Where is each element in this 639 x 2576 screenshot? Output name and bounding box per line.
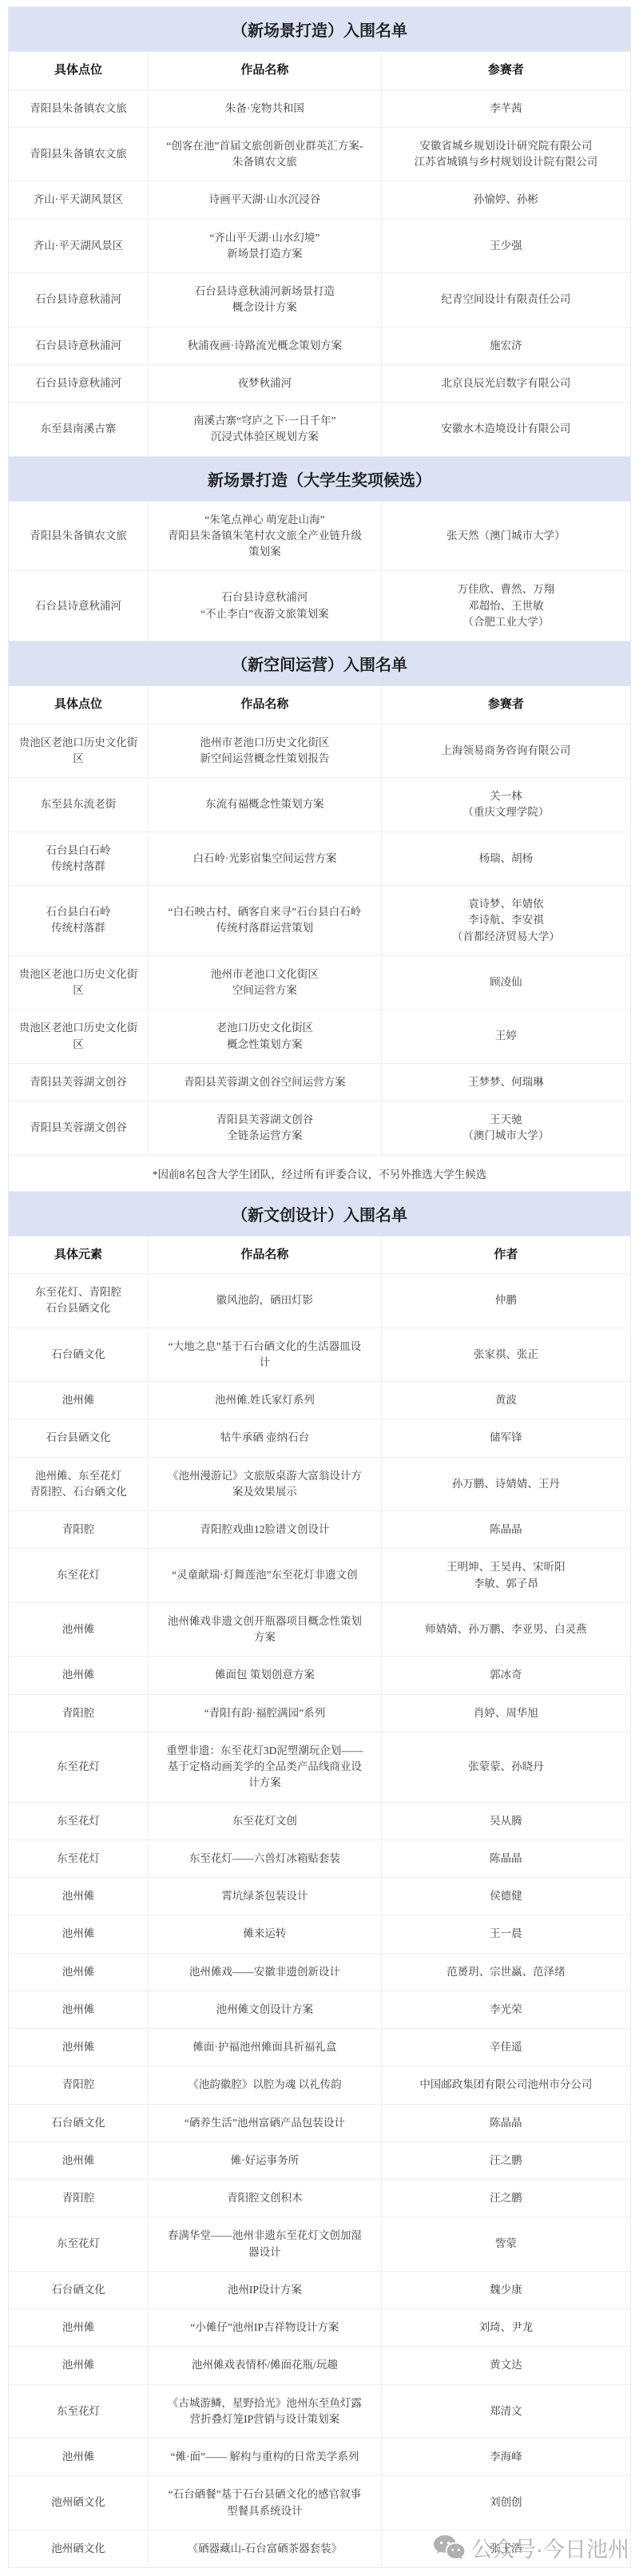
cell-work-title: 霄坑绿茶包装设计 <box>149 1878 382 1915</box>
cell-participant: 肖婷、周华旭 <box>382 1695 630 1732</box>
cell-work-title: 重塑非遗：东至花灯3D泥塑潮玩企划—— 基于定格动画美学的全品类产品线商业设 计… <box>149 1733 382 1802</box>
cell-location: 东至花灯、青阳腔 石台县硒文化 <box>9 1274 149 1328</box>
cell-work-title: 朱备·宠物共和国 <box>149 90 382 127</box>
cell-participant: 李芊茜 <box>382 90 630 127</box>
cell-participant: 孙愉婷、孙彬 <box>382 181 630 218</box>
cell-work-title: 老池口历史文化街区 概念性策划方案 <box>149 1010 382 1063</box>
cell-participant: 侯德健 <box>382 1878 630 1915</box>
cell-work-title: “创客在池”首届文旅创新创业群英汇方案- 朱备镇农文旅 <box>149 128 382 181</box>
cell-location: 东至花灯 <box>9 1733 149 1802</box>
table-row: 贵池区老池口历史文化街区池州市老池口文化街区 空间运营方案顾凌仙 <box>9 956 630 1010</box>
table-row: 池州傩傩面·护福池州傩面具祈福礼盒辛佳遥 <box>9 2029 630 2066</box>
cell-participant: 张天然（澳门城市大学） <box>382 502 630 571</box>
watermark: 公众号·今日池州 <box>433 2532 629 2563</box>
table-row: 石台县硒文化牯牛承硒 壶纳石台储军锋 <box>9 1419 630 1457</box>
cell-work-title: “硒养生活”池州富硒产品包装设计 <box>149 2105 382 2141</box>
cell-work-title: 池州傩戏非遗文创开瓶器项目概念性策划 方案 <box>149 1603 382 1657</box>
cell-participant: 刘琦、尹龙 <box>382 2309 630 2346</box>
cell-work-title: 傩来运转 <box>149 1915 382 1952</box>
cell-location: 青阳腔 <box>9 2180 149 2217</box>
cell-work-title: 东至花灯文创 <box>149 1803 382 1840</box>
table-row: 齐山·平天湖风景区诗画平天湖·山水沉浸谷孙愉婷、孙彬 <box>9 181 630 219</box>
cell-participant: 陈晶晶 <box>382 1840 630 1877</box>
cell-participant: 汪之鹏 <box>382 2142 630 2179</box>
cell-location: 池州硒文化 <box>9 2476 149 2530</box>
table-row: 石台硒文化池州IP设计方案魏少康 <box>9 2272 630 2309</box>
cell-work-title: 傩面·护福池州傩面具祈福礼盒 <box>149 2029 382 2066</box>
column-header: 作品名称 <box>149 1236 382 1274</box>
cell-participant: 万佳欣、曹然、万翔 邓超怡、王世敏 （合肥工业大学） <box>382 571 630 641</box>
cell-location: 青阳腔 <box>9 1695 149 1732</box>
cell-participant: 顾凌仙 <box>382 956 630 1010</box>
table-row: 青阳腔《池韵徽腔》以腔为魂 以礼传韵中国邮政集团有限公司池州市分公司 <box>9 2066 630 2104</box>
cell-work-title: 诗画平天湖·山水沉浸谷 <box>149 181 382 218</box>
table-row: 东至花灯东至花灯文创吴从腾 <box>9 1803 630 1840</box>
table-row: 池州傩“小傩仔”池州IP吉祥物设计方案刘琦、尹龙 <box>9 2309 630 2347</box>
cell-location: 石台县白石岭 传统村落群 <box>9 886 149 955</box>
section-title: 新场景打造（大学生奖项候选） <box>9 457 630 502</box>
cell-location: 东至花灯 <box>9 1803 149 1840</box>
cell-location: 池州硒文化 <box>9 2530 149 2567</box>
cell-participant: 辛佳遥 <box>382 2029 630 2066</box>
cell-work-title: 石台县诗意秋浦河新场景打造 概念设计方案 <box>149 273 382 327</box>
table-row: 青阳县朱备镇农文旅“朱笔点禅心 萌宠赴山海” 青阳县朱备镇朱笔村农文旅全产业链升… <box>9 502 630 572</box>
cell-work-title: 东流有福概念性策划方案 <box>149 778 382 832</box>
cell-location: 青阳腔 <box>9 2066 149 2103</box>
cell-work-title: “朱笔点禅心 萌宠赴山海” 青阳县朱备镇朱笔村农文旅全产业链升级 策划案 <box>149 502 382 571</box>
cell-location: 青阳县朱备镇农文旅 <box>9 502 149 571</box>
cell-work-title: 池州市老池口文化街区 空间运营方案 <box>149 956 382 1010</box>
cell-work-title: 傩·好运事务所 <box>149 2142 382 2179</box>
table-row: 石台县白石岭 传统村落群“白石映古村、硒客自来寻”石台县白石岭 传统村落群运营策… <box>9 886 630 956</box>
cell-location: 池州傩 <box>9 2439 149 2475</box>
cell-location: 池州傩 <box>9 1954 149 1991</box>
cell-work-title: “白石映古村、硒客自来寻”石台县白石岭 传统村落群运营策划 <box>149 886 382 955</box>
cell-work-title: 《池韵徽腔》以腔为魂 以礼传韵 <box>149 2066 382 2103</box>
cell-participant: 王少强 <box>382 220 630 273</box>
cell-location: 石台县诗意秋浦河 <box>9 571 149 641</box>
cell-participant: 安徽省城乡规划设计研究院有限公司 江苏省城镇与乡村规划设计院有限公司 <box>382 128 630 181</box>
cell-work-title: 池州傩文创设计方案 <box>149 1991 382 2028</box>
watermark-text: 公众号·今日池州 <box>471 2532 629 2563</box>
cell-participant: 郭冰奇 <box>382 1657 630 1693</box>
cell-participant: 安徽水木造境设计有限公司 <box>382 403 630 456</box>
cell-participant: 汪之鹏 <box>382 2180 630 2217</box>
cell-location: 石台县诗意秋浦河 <box>9 365 149 402</box>
cell-work-title: 石台县诗意秋浦河 “不止李白”夜游文旅策划案 <box>149 571 382 641</box>
table-row: 池州傩池州傩戏表情杯/傩面花瓶/玩趣黄文达 <box>9 2347 630 2384</box>
cell-location: 池州傩 <box>9 1878 149 1915</box>
table-row: 东至县南溪古寨南溪古寨“穹庐之下·一日千年” 沉浸式体验区规划方案安徽水木造境设… <box>9 403 630 457</box>
header-row: 具体元素作品名称作者 <box>9 1236 630 1275</box>
table-row: 石台硒文化“大地之息”基于石台硒文化的生活器皿设 计张家祺、张正 <box>9 1328 630 1383</box>
cell-location: 齐山·平天湖风景区 <box>9 220 149 273</box>
cell-participant: 袁诗梦、年婧依 李诗航、李安祺 （首都经济贸易大学） <box>382 886 630 955</box>
table-row: 池州傩池州傩文创设计方案李光荣 <box>9 1991 630 2029</box>
cell-participant: 刘创创 <box>382 2476 630 2530</box>
cell-work-title: “齐山平天湖·山水幻境” 新场景打造方案 <box>149 220 382 273</box>
section-title: （新场景打造）入围名单 <box>9 7 630 52</box>
cell-participant: 陈晶晶 <box>382 1511 630 1548</box>
cell-location: 石台县白石岭 传统村落群 <box>9 832 149 886</box>
cell-location: 池州傩 <box>9 1382 149 1419</box>
cell-work-title: 傩面包 策划创意方案 <box>149 1657 382 1693</box>
cell-location: 东至花灯 <box>9 2385 149 2439</box>
cell-work-title: “小傩仔”池州IP吉祥物设计方案 <box>149 2309 382 2346</box>
cell-work-title: 《池州漫游记》文旅版桌游大富翁设计方 案及效果展示 <box>149 1458 382 1511</box>
table-row: 池州傩傩面包 策划创意方案郭冰奇 <box>9 1657 630 1694</box>
column-header: 作者 <box>382 1236 630 1274</box>
cell-participant: 王梦梦、何瑞琳 <box>382 1064 630 1101</box>
table-row: 青阳县芙蓉湖文创谷青阳县芙蓉湖文创谷 全链条运营方案王天驰 （澳门城市大学） <box>9 1101 630 1156</box>
cell-work-title: “石台硒餐”基于石台县硒文化的感官叙事 型餐具系统设计 <box>149 2476 382 2530</box>
section-title: （新空间运营）入围名单 <box>9 641 630 686</box>
table-row: 东至县东流老街东流有福概念性策划方案关一林 （重庆文理学院） <box>9 778 630 832</box>
table-row: 石台县诗意秋浦河石台县诗意秋浦河 “不止李白”夜游文旅策划案万佳欣、曹然、万翔 … <box>9 571 630 641</box>
cell-participant: 关一林 （重庆文理学院） <box>382 778 630 832</box>
cell-location: 石台县硒文化 <box>9 1419 149 1456</box>
table-row: 池州硒文化“石台硒餐”基于石台县硒文化的感官叙事 型餐具系统设计刘创创 <box>9 2476 630 2530</box>
column-header: 作品名称 <box>149 686 382 724</box>
cell-work-title: “大地之息”基于石台硒文化的生活器皿设 计 <box>149 1328 382 1382</box>
table-row: 池州傩池州傩.姓氏家灯系列黄波 <box>9 1382 630 1419</box>
cell-location: 青阳县朱备镇农文旅 <box>9 90 149 127</box>
column-header: 参赛者 <box>382 52 630 89</box>
table-row: 青阳县朱备镇农文旅“创客在池”首届文旅创新创业群英汇方案- 朱备镇农文旅安徽省城… <box>9 128 630 182</box>
table-row: 石台县诗意秋浦河夜梦秋浦河北京良辰光启数字有限公司 <box>9 365 630 403</box>
table-row: 齐山·平天湖风景区“齐山平天湖·山水幻境” 新场景打造方案王少强 <box>9 220 630 274</box>
table-row: 青阳腔青阳腔戏曲12脸谱文创设计陈晶晶 <box>9 1511 630 1549</box>
cell-work-title: 东至花灯——六兽灯冰箱贴套装 <box>149 1840 382 1877</box>
table-row: 池州傩、东至花灯 青阳腔、石台硒文化《池州漫游记》文旅版桌游大富翁设计方 案及效… <box>9 1458 630 1512</box>
cell-location: 东至县东流老街 <box>9 778 149 832</box>
cell-work-title: 春满华堂——池州非遗东至花灯文创加湿 器设计 <box>149 2217 382 2271</box>
column-header: 参赛者 <box>382 686 630 724</box>
cell-work-title: 牯牛承硒 壶纳石台 <box>149 1419 382 1456</box>
cell-work-title: 池州傩.姓氏家灯系列 <box>149 1382 382 1419</box>
cell-location: 东至花灯 <box>9 2217 149 2271</box>
table-row: 池州傩傩来运转王一晨 <box>9 1915 630 1953</box>
table-row: 东至花灯《古城游鳞，星野拾光》池州东至鱼灯露 营折叠灯笼IP营销与设计策划案郑清… <box>9 2385 630 2439</box>
cell-work-title: 青阳腔戏曲12脸谱文创设计 <box>149 1511 382 1548</box>
cell-participant: 王天驰 （澳门城市大学） <box>382 1101 630 1155</box>
table-row: 贵池区老池口历史文化街区老池口历史文化街区 概念性策划方案王婷 <box>9 1010 630 1064</box>
table-row: 青阳腔“青阳有韵·福腔满园”系列肖婷、周华旭 <box>9 1695 630 1733</box>
cell-work-title: 南溪古寨“穹庐之下·一日千年” 沉浸式体验区规划方案 <box>149 403 382 456</box>
footnote: *因前8名包含大学生团队，经过所有评委合议，不另外推选大学生候选 <box>9 1156 630 1192</box>
cell-location: 青阳县朱备镇农文旅 <box>9 128 149 181</box>
cell-work-title: 《古城游鳞，星野拾光》池州东至鱼灯露 营折叠灯笼IP营销与设计策划案 <box>149 2385 382 2439</box>
cell-work-title: 池州傩戏——安徽非遗创新设计 <box>149 1954 382 1991</box>
cell-location: 东至花灯 <box>9 1840 149 1877</box>
cell-location: 东至县南溪古寨 <box>9 403 149 456</box>
table-row: 池州傩池州傩戏——安徽非遗创新设计范赟玥、宗世赢、范泽绪 <box>9 1954 630 1991</box>
cell-work-title: 青阳县芙蓉湖文创谷空间运营方案 <box>149 1064 382 1101</box>
cell-participant: 仲鹏 <box>382 1274 630 1328</box>
cell-participant: 储军锋 <box>382 1419 630 1456</box>
section-title: （新文创设计）入围名单 <box>9 1192 630 1236</box>
cell-work-title: “青阳有韵·福腔满园”系列 <box>149 1695 382 1732</box>
cell-participant: 张蒙蒙、孙晓丹 <box>382 1733 630 1802</box>
wechat-icon <box>433 2534 465 2562</box>
cell-participant: 北京良辰光启数字有限公司 <box>382 365 630 402</box>
cell-participant: 訾蒙 <box>382 2217 630 2271</box>
cell-participant: 杨瑞、胡杨 <box>382 832 630 886</box>
cell-work-title: “灵童献瑞·灯舞莲池”东至花灯非遗文创 <box>149 1549 382 1602</box>
cell-location: 石台硒文化 <box>9 1328 149 1382</box>
cell-participant: 王一晨 <box>382 1915 630 1952</box>
table-row: 石台县白石岭 传统村落群白石岭·光影宿集空间运营方案杨瑞、胡杨 <box>9 832 630 887</box>
table-row: 东至花灯东至花灯——六兽灯冰箱贴套装陈晶晶 <box>9 1840 630 1878</box>
cell-participant: 张家祺、张正 <box>382 1328 630 1382</box>
cell-location: 齐山·平天湖风景区 <box>9 181 149 218</box>
table-row: 池州傩“傩·面”—— 解构与重构的日常美学系列李海峰 <box>9 2439 630 2476</box>
cell-work-title: 夜梦秋浦河 <box>149 365 382 402</box>
table-row: 东至花灯春满华堂——池州非遗东至花灯文创加湿 器设计訾蒙 <box>9 2217 630 2272</box>
header-row: 具体点位作品名称参赛者 <box>9 686 630 724</box>
table-row: 东至花灯重塑非遗：东至花灯3D泥塑潮玩企划—— 基于定格动画美学的全品类产品线商… <box>9 1733 630 1803</box>
cell-location: 贵池区老池口历史文化街区 <box>9 724 149 778</box>
column-header: 具体元素 <box>9 1236 149 1274</box>
cell-location: 石台县诗意秋浦河 <box>9 327 149 364</box>
cell-participant: 纪青空间设计有限责任公司 <box>382 273 630 327</box>
table-row: 青阳县朱备镇农文旅朱备·宠物共和国李芊茜 <box>9 90 630 128</box>
cell-participant: 孙万鹏、诗婧婧、王丹 <box>382 1458 630 1511</box>
cell-participant: 师婧婧、孙万鹏、李亚男、白灵燕 <box>382 1603 630 1657</box>
cell-location: 池州傩 <box>9 2309 149 2346</box>
table-row: 贵池区老池口历史文化街区池州市老池口历史文化街区 新空间运营概念性策划报告上海领… <box>9 724 630 779</box>
cell-work-title: 池州市老池口历史文化街区 新空间运营概念性策划报告 <box>149 724 382 778</box>
table-row: 池州傩霄坑绿茶包装设计侯德健 <box>9 1878 630 1915</box>
cell-location: 贵池区老池口历史文化街区 <box>9 1010 149 1063</box>
cell-location: 池州傩 <box>9 1603 149 1657</box>
cell-work-title: 青阳县芙蓉湖文创谷 全链条运营方案 <box>149 1101 382 1155</box>
table-row: 青阳腔青阳腔文创积木汪之鹏 <box>9 2180 630 2217</box>
cell-participant: 黄文达 <box>382 2347 630 2383</box>
cell-work-title: 秋浦夜画·诗路流光概念策划方案 <box>149 327 382 364</box>
cell-participant: 王明坤、王昊冉、宋昕阳 李敏、郭子昂 <box>382 1549 630 1602</box>
cell-participant: 李海峰 <box>382 2439 630 2475</box>
document-page: （新场景打造）入围名单具体点位作品名称参赛者青阳县朱备镇农文旅朱备·宠物共和国李… <box>0 0 639 2576</box>
shortlist-tables: （新场景打造）入围名单具体点位作品名称参赛者青阳县朱备镇农文旅朱备·宠物共和国李… <box>8 6 631 2568</box>
cell-work-title: 池州傩戏表情杯/傩面花瓶/玩趣 <box>149 2347 382 2383</box>
cell-location: 池州傩、东至花灯 青阳腔、石台硒文化 <box>9 1458 149 1511</box>
cell-participant: 吴从腾 <box>382 1803 630 1840</box>
header-row: 具体点位作品名称参赛者 <box>9 52 630 90</box>
cell-location: 池州傩 <box>9 2142 149 2179</box>
cell-location: 青阳腔 <box>9 1511 149 1548</box>
cell-location: 石台硒文化 <box>9 2105 149 2141</box>
cell-participant: 陈晶晶 <box>382 2105 630 2141</box>
cell-location: 石台硒文化 <box>9 2272 149 2308</box>
column-header: 具体点位 <box>9 686 149 724</box>
table-row: 池州傩傩·好运事务所汪之鹏 <box>9 2142 630 2180</box>
cell-participant: 李光荣 <box>382 1991 630 2028</box>
cell-work-title: 徽风池韵，硒田灯影 <box>149 1274 382 1328</box>
cell-location: 池州傩 <box>9 1657 149 1693</box>
cell-participant: 施宏济 <box>382 327 630 364</box>
cell-location: 青阳县芙蓉湖文创谷 <box>9 1101 149 1155</box>
cell-work-title: 白石岭·光影宿集空间运营方案 <box>149 832 382 886</box>
column-header: 具体点位 <box>9 52 149 89</box>
cell-location: 东至花灯 <box>9 1549 149 1602</box>
cell-location: 池州傩 <box>9 1915 149 1952</box>
table-row: 青阳县芙蓉湖文创谷青阳县芙蓉湖文创谷空间运营方案王梦梦、何瑞琳 <box>9 1064 630 1101</box>
cell-participant: 黄波 <box>382 1382 630 1419</box>
cell-participant: 中国邮政集团有限公司池州市分公司 <box>382 2066 630 2103</box>
cell-location: 贵池区老池口历史文化街区 <box>9 956 149 1010</box>
cell-participant: 范赟玥、宗世赢、范泽绪 <box>382 1954 630 1991</box>
cell-participant: 郑清文 <box>382 2385 630 2439</box>
table-row: 石台硒文化“硒养生活”池州富硒产品包装设计陈晶晶 <box>9 2105 630 2142</box>
cell-work-title: 池州IP设计方案 <box>149 2272 382 2308</box>
cell-location: 石台县诗意秋浦河 <box>9 273 149 327</box>
cell-work-title: 《硒器藏山-石台富硒茶器套装》 <box>149 2530 382 2567</box>
cell-work-title: 青阳腔文创积木 <box>149 2180 382 2217</box>
cell-location: 青阳县芙蓉湖文创谷 <box>9 1064 149 1101</box>
table-row: 石台县诗意秋浦河秋浦夜画·诗路流光概念策划方案施宏济 <box>9 327 630 365</box>
cell-work-title: “傩·面”—— 解构与重构的日常美学系列 <box>149 2439 382 2475</box>
table-row: 池州傩池州傩戏非遗文创开瓶器项目概念性策划 方案师婧婧、孙万鹏、李亚男、白灵燕 <box>9 1603 630 1657</box>
column-header: 作品名称 <box>149 52 382 89</box>
cell-location: 池州傩 <box>9 1991 149 2028</box>
cell-location: 池州傩 <box>9 2029 149 2066</box>
table-row: 石台县诗意秋浦河石台县诗意秋浦河新场景打造 概念设计方案纪青空间设计有限责任公司 <box>9 273 630 327</box>
cell-location: 池州傩 <box>9 2347 149 2383</box>
cell-participant: 上海领易商务咨询有限公司 <box>382 724 630 778</box>
cell-participant: 魏少康 <box>382 2272 630 2308</box>
table-row: 东至花灯、青阳腔 石台县硒文化徽风池韵，硒田灯影仲鹏 <box>9 1274 630 1328</box>
table-row: 东至花灯“灵童献瑞·灯舞莲池”东至花灯非遗文创王明坤、王昊冉、宋昕阳 李敏、郭子… <box>9 1549 630 1603</box>
cell-participant: 王婷 <box>382 1010 630 1063</box>
